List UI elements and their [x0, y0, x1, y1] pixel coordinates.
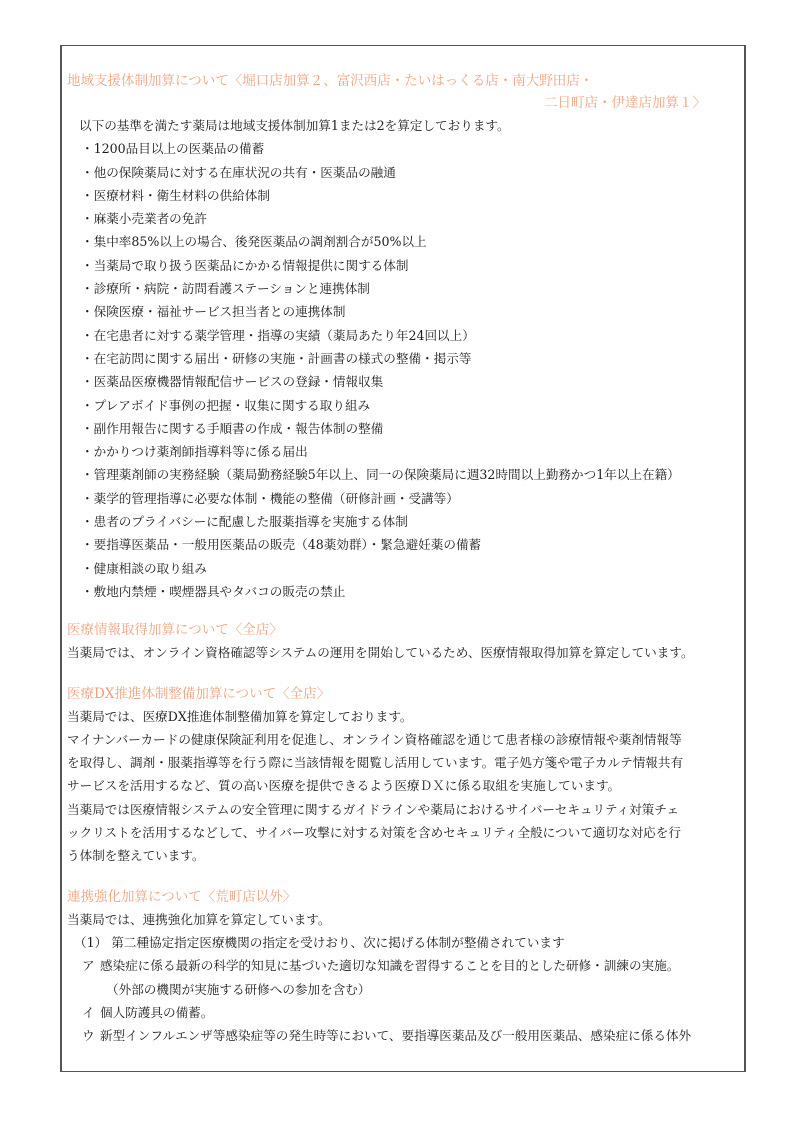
sub-item-text: 感染症に係る最新の科学的知見に基づいた適切な知識を習得することを目的とした研修・…	[100, 958, 679, 973]
sub-item-label: イ	[82, 1001, 100, 1024]
numbered-item: （1） 第二種協定指定医療機関の指定を受けおり、次に掲げる体制が整備されています	[67, 931, 742, 954]
list-item: ・診療所・病院・訪問看護ステーションと連携体制	[67, 277, 742, 300]
paragraph-line: 当薬局では医療情報システムの安全管理に関するガイドラインや薬局におけるサイバーセ…	[67, 798, 742, 821]
list-item: ・1200品目以上の医薬品の備蓄	[67, 137, 742, 160]
list-item: ・医薬品医療機器情報配信サービスの登録・情報収集	[67, 370, 742, 393]
list-item: ・集中率85%以上の場合、後発医薬品の調剤割合が50%以上	[67, 230, 742, 253]
list-item: ・保険医療・福祉サービス担当者との連携体制	[67, 300, 742, 323]
list-item: ・麻薬小売業者の免許	[67, 207, 742, 230]
document-content: 地域支援体制加算について〈堀口店加算２、富沢西店・たいはっくる店・南大野田店・ …	[67, 70, 742, 1047]
section-intro: 当薬局では、連携強化加算を算定しています。	[67, 908, 742, 931]
section-heading: 地域支援体制加算について〈堀口店加算２、富沢西店・たいはっくる店・南大野田店・	[67, 70, 742, 92]
section-collaboration-enhancement: 連携強化加算について〈荒町店以外〉 当薬局では、連携強化加算を算定しています。 …	[67, 886, 742, 1048]
section-medical-dx: 医療DX推進体制整備加算について〈全店〉 当薬局では、医療DX推進体制整備加算を…	[67, 683, 742, 868]
list-item: ・患者のプライバシーに配慮した服薬指導を実施する体制	[67, 510, 742, 533]
section-heading: 医療DX推進体制整備加算について〈全店〉	[67, 683, 742, 705]
sub-item-text: 新型インフルエンザ等感染症等の発生時等において、要指導医薬品及び一般用医薬品、感…	[100, 1028, 691, 1043]
paragraph-line: ックリストを活用するなどして、サイバー攻撃に対する対策を含めセキュリティ全般につ…	[67, 821, 742, 844]
paragraph-line: サービスを活用するなど、質の高い医療を提供できるよう医療ＤＸに係る取組を実施して…	[67, 774, 742, 797]
list-item: ・要指導医薬品・一般用医薬品の販売（48薬効群）・緊急避妊薬の備蓄	[67, 533, 742, 556]
section-heading-continuation: 二日町店・伊達店加算１〉	[67, 92, 742, 114]
section-medical-info-acquisition: 医療情報取得加算について〈全店〉 当薬局では、オンライン資格確認等システムの運用…	[67, 619, 742, 664]
criteria-list: ・1200品目以上の医薬品の備蓄 ・他の保険薬局に対する在庫状況の共有・医薬品の…	[67, 137, 742, 603]
sub-item-label: ウ	[82, 1024, 100, 1047]
section-intro: 以下の基準を満たす薬局は地域支援体制加算1または2を算定しております。	[67, 114, 742, 137]
section-regional-support: 地域支援体制加算について〈堀口店加算２、富沢西店・たいはっくる店・南大野田店・ …	[67, 70, 742, 603]
sub-item-text: 個人防護具の備蓄。	[100, 1005, 213, 1020]
list-item: ・プレアボイド事例の把握・収集に関する取り組み	[67, 394, 742, 417]
list-item: ・在宅訪問に関する届出・研修の実施・計画書の様式の整備・掲示等	[67, 347, 742, 370]
list-item: ・薬学的管理指導に必要な体制・機能の整備（研修計画・受講等）	[67, 487, 742, 510]
paragraph-line: を取得し、調剤・服薬指導等を行う際に当該情報を閲覧し活用しています。電子処方箋や…	[67, 751, 742, 774]
section-paragraph: 当薬局では、オンライン資格確認等システムの運用を開始しているため、医療情報取得加…	[67, 641, 742, 664]
section-heading: 医療情報取得加算について〈全店〉	[67, 619, 742, 641]
list-item: ・他の保険薬局に対する在庫状況の共有・医薬品の融通	[67, 161, 742, 184]
paragraph-line: う体制を整えています。	[67, 844, 742, 867]
list-item: ・管理薬剤師の実務経験（薬局勤務経験5年以上、同一の保険薬局に週32時間以上勤務…	[67, 463, 742, 486]
list-item: ・当薬局で取り扱う医薬品にかかる情報提供に関する体制	[67, 254, 742, 277]
list-item: ・敷地内禁煙・喫煙器具やタバコの販売の禁止	[67, 580, 742, 603]
sub-item: ウ新型インフルエンザ等感染症等の発生時等において、要指導医薬品及び一般用医薬品、…	[67, 1024, 742, 1047]
sub-item-label: ア	[82, 954, 100, 977]
list-item: ・健康相談の取り組み	[67, 557, 742, 580]
list-item: ・かかりつけ薬剤師指導料等に係る届出	[67, 440, 742, 463]
paragraph-line: マイナンバーカードの健康保険証利用を促進し、オンライン資格確認を通じて患者様の診…	[67, 728, 742, 751]
sub-item: ア感染症に係る最新の科学的知見に基づいた適切な知識を習得することを目的とした研修…	[67, 954, 742, 977]
sub-item: イ個人防護具の備蓄。	[67, 1001, 742, 1024]
section-heading: 連携強化加算について〈荒町店以外〉	[67, 886, 742, 908]
paragraph-line: 当薬局では、医療DX推進体制整備加算を算定しております。	[67, 705, 742, 728]
sub-item-continuation: （外部の機関が実施する研修への参加を含む）	[67, 978, 742, 1001]
list-item: ・在宅患者に対する薬学管理・指導の実績（薬局あたり年24回以上）	[67, 324, 742, 347]
list-item: ・副作用報告に関する手順書の作成・報告体制の整備	[67, 417, 742, 440]
list-item: ・医療材料・衛生材料の供給体制	[67, 184, 742, 207]
